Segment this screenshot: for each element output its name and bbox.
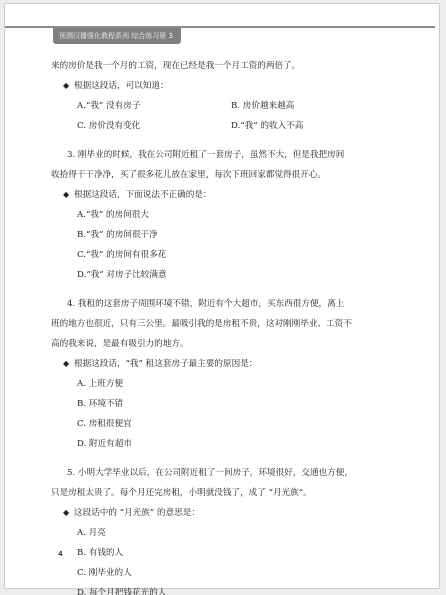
question-text: 根据这段话，“我” 租这套房子最主要的原因是： <box>74 359 257 369</box>
diamond-bullet-icon: ◆ <box>63 503 74 523</box>
option-b[interactable]: B. 环境不错 <box>51 394 411 414</box>
option-b[interactable]: B. 有钱的人 <box>51 543 411 563</box>
passage-line: 高的我来说，是最有吸引力的地方。 <box>51 334 411 354</box>
option-c[interactable]: C. 房租很便宜 <box>51 414 411 434</box>
question-text: 这段话中的 “月光族” 的意思是： <box>74 508 200 518</box>
passage-line: 4. 我租的这套房子周围环境不错，附近有个大超市，买东西很方便，离上 <box>51 294 411 314</box>
option-d[interactable]: D. 每个月把钱花光的人 <box>51 583 411 595</box>
passage-line: 收拾得干干净净，买了很多花儿放在家里，每次下班回家都觉得很开心。 <box>51 165 411 185</box>
option-b[interactable]: B. 房价越来越高 <box>231 96 385 116</box>
option-a[interactable]: A. 上班方便 <box>51 374 411 394</box>
option-a[interactable]: A.“我” 的房间很大 <box>51 205 411 225</box>
option-b[interactable]: B.“我” 的房间很干净 <box>51 225 411 245</box>
question-prompt: ◆这段话中的 “月光族” 的意思是： <box>51 503 411 523</box>
option-c[interactable]: C. 刚毕业的人 <box>51 563 411 583</box>
question-prompt: ◆根据这段话，可以知道： <box>51 76 411 96</box>
page-number: 4 <box>58 550 63 558</box>
question-prompt: ◆根据这段话，“我” 租这套房子最主要的原因是： <box>51 354 411 374</box>
question-text: 根据这段话，下面说法不正确的是： <box>74 190 212 200</box>
option-d[interactable]: D.“我” 的收入不高 <box>231 116 385 136</box>
passage-line: 只是房租太贵了。每个月还完房租，小明就没钱了，成了 “月光族”。 <box>51 483 411 503</box>
diamond-bullet-icon: ◆ <box>63 76 74 96</box>
diamond-bullet-icon: ◆ <box>63 185 74 205</box>
option-row: C. 房价没有变化D.“我” 的收入不高 <box>51 116 411 136</box>
option-row: A.“我” 没有房子B. 房价越来越高 <box>51 96 411 116</box>
option-c[interactable]: C. 房价没有变化 <box>77 116 231 136</box>
option-a[interactable]: A. 月亮 <box>51 523 411 543</box>
question-text: 根据这段话，可以知道： <box>74 81 169 91</box>
page-content: 来的房价是我一个月的工资，现在已经是我一个月工资的两倍了。 ◆根据这段话，可以知… <box>51 56 411 595</box>
option-d[interactable]: D. 附近有超市 <box>51 434 411 454</box>
option-d[interactable]: D.“我” 对房子比较满意 <box>51 265 411 285</box>
series-header-tab: 预测汉播强化教程系列 综合练习册 3 <box>53 28 181 44</box>
passage-line: 班的地方也很近，只有三公里。最吸引我的是房租不贵，这对刚刚毕业、工资不 <box>51 314 411 334</box>
option-c[interactable]: C.“我” 的房间有很多花 <box>51 245 411 265</box>
passage-line: 3. 刚毕业的时候，我在公司附近租了一套房子，虽然不大，但是我把房间 <box>51 145 411 165</box>
option-a[interactable]: A.“我” 没有房子 <box>77 96 231 116</box>
passage-line: 5. 小明大学毕业以后，在公司附近租了一间房子，环境很好，交通也方便， <box>51 463 411 483</box>
diamond-bullet-icon: ◆ <box>63 354 74 374</box>
question-prompt: ◆根据这段话，下面说法不正确的是： <box>51 185 411 205</box>
document-page: 预测汉播强化教程系列 综合练习册 3 来的房价是我一个月的工资，现在已经是我一个… <box>4 3 440 589</box>
passage-line: 来的房价是我一个月的工资，现在已经是我一个月工资的两倍了。 <box>51 56 411 76</box>
